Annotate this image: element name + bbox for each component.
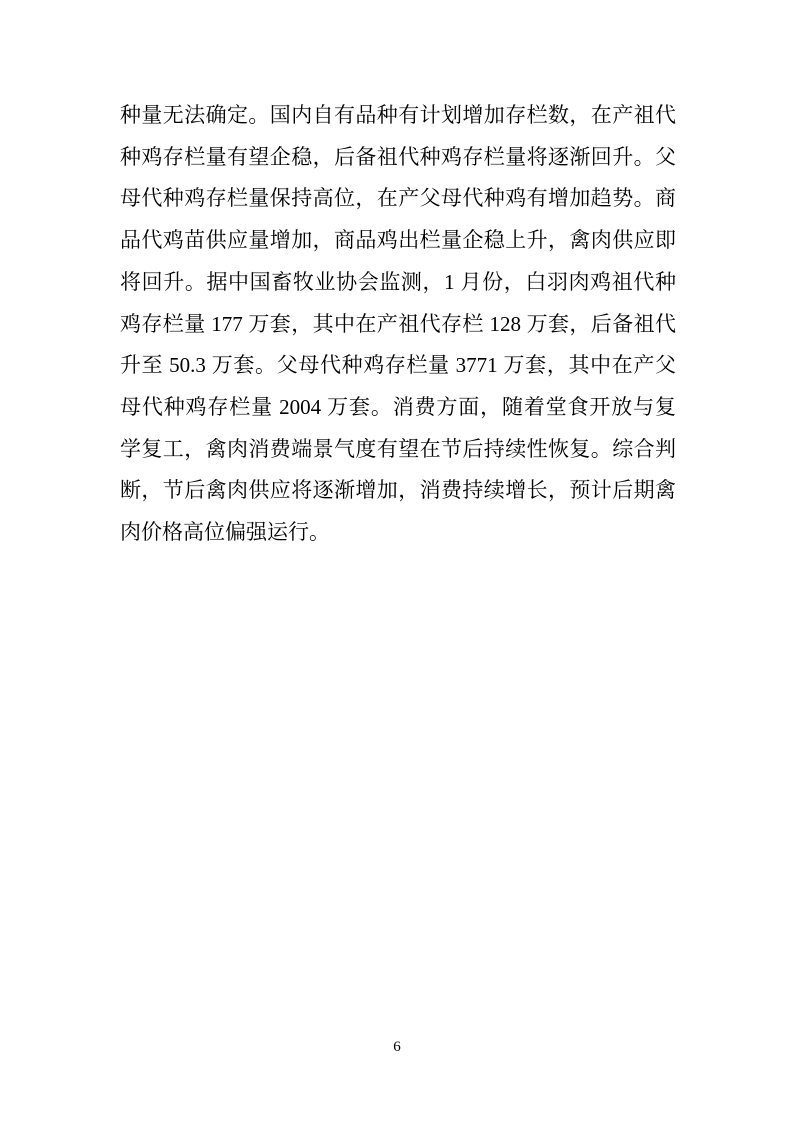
paragraph-line: 学复工，禽肉消费端景气度有望在节后持续性恢复。综合判 [120, 429, 676, 471]
paragraph-line: 肉价格高位偏强运行。 [120, 512, 676, 554]
paragraph-line: 将回升。据中国畜牧业协会监测，1 月份，白羽肉鸡祖代种 [120, 262, 676, 304]
paragraph-line: 母代种鸡存栏量 2004 万套。消费方面，随着堂食开放与复 [120, 387, 676, 429]
paragraph-line: 品代鸡苗供应量增加，商品鸡出栏量企稳上升，禽肉供应即 [120, 220, 676, 262]
paragraph-line: 鸡存栏量 177 万套，其中在产祖代存栏 128 万套，后备祖代 [120, 304, 676, 346]
body-paragraph: 种量无法确定。国内自有品种有计划增加存栏数，在产祖代 种鸡存栏量有望企稳，后备祖… [120, 95, 676, 554]
paragraph-line: 升至 50.3 万套。父母代种鸡存栏量 3771 万套，其中在产父 [120, 345, 676, 387]
page-number: 6 [0, 1038, 794, 1056]
document-page: 种量无法确定。国内自有品种有计划增加存栏数，在产祖代 种鸡存栏量有望企稳，后备祖… [0, 0, 794, 1123]
paragraph-line: 种量无法确定。国内自有品种有计划增加存栏数，在产祖代 [120, 95, 676, 137]
paragraph-line: 种鸡存栏量有望企稳，后备祖代种鸡存栏量将逐渐回升。父 [120, 137, 676, 179]
paragraph-line: 母代种鸡存栏量保持高位，在产父母代种鸡有增加趋势。商 [120, 178, 676, 220]
paragraph-line: 断，节后禽肉供应将逐渐增加，消费持续增长，预计后期禽 [120, 470, 676, 512]
